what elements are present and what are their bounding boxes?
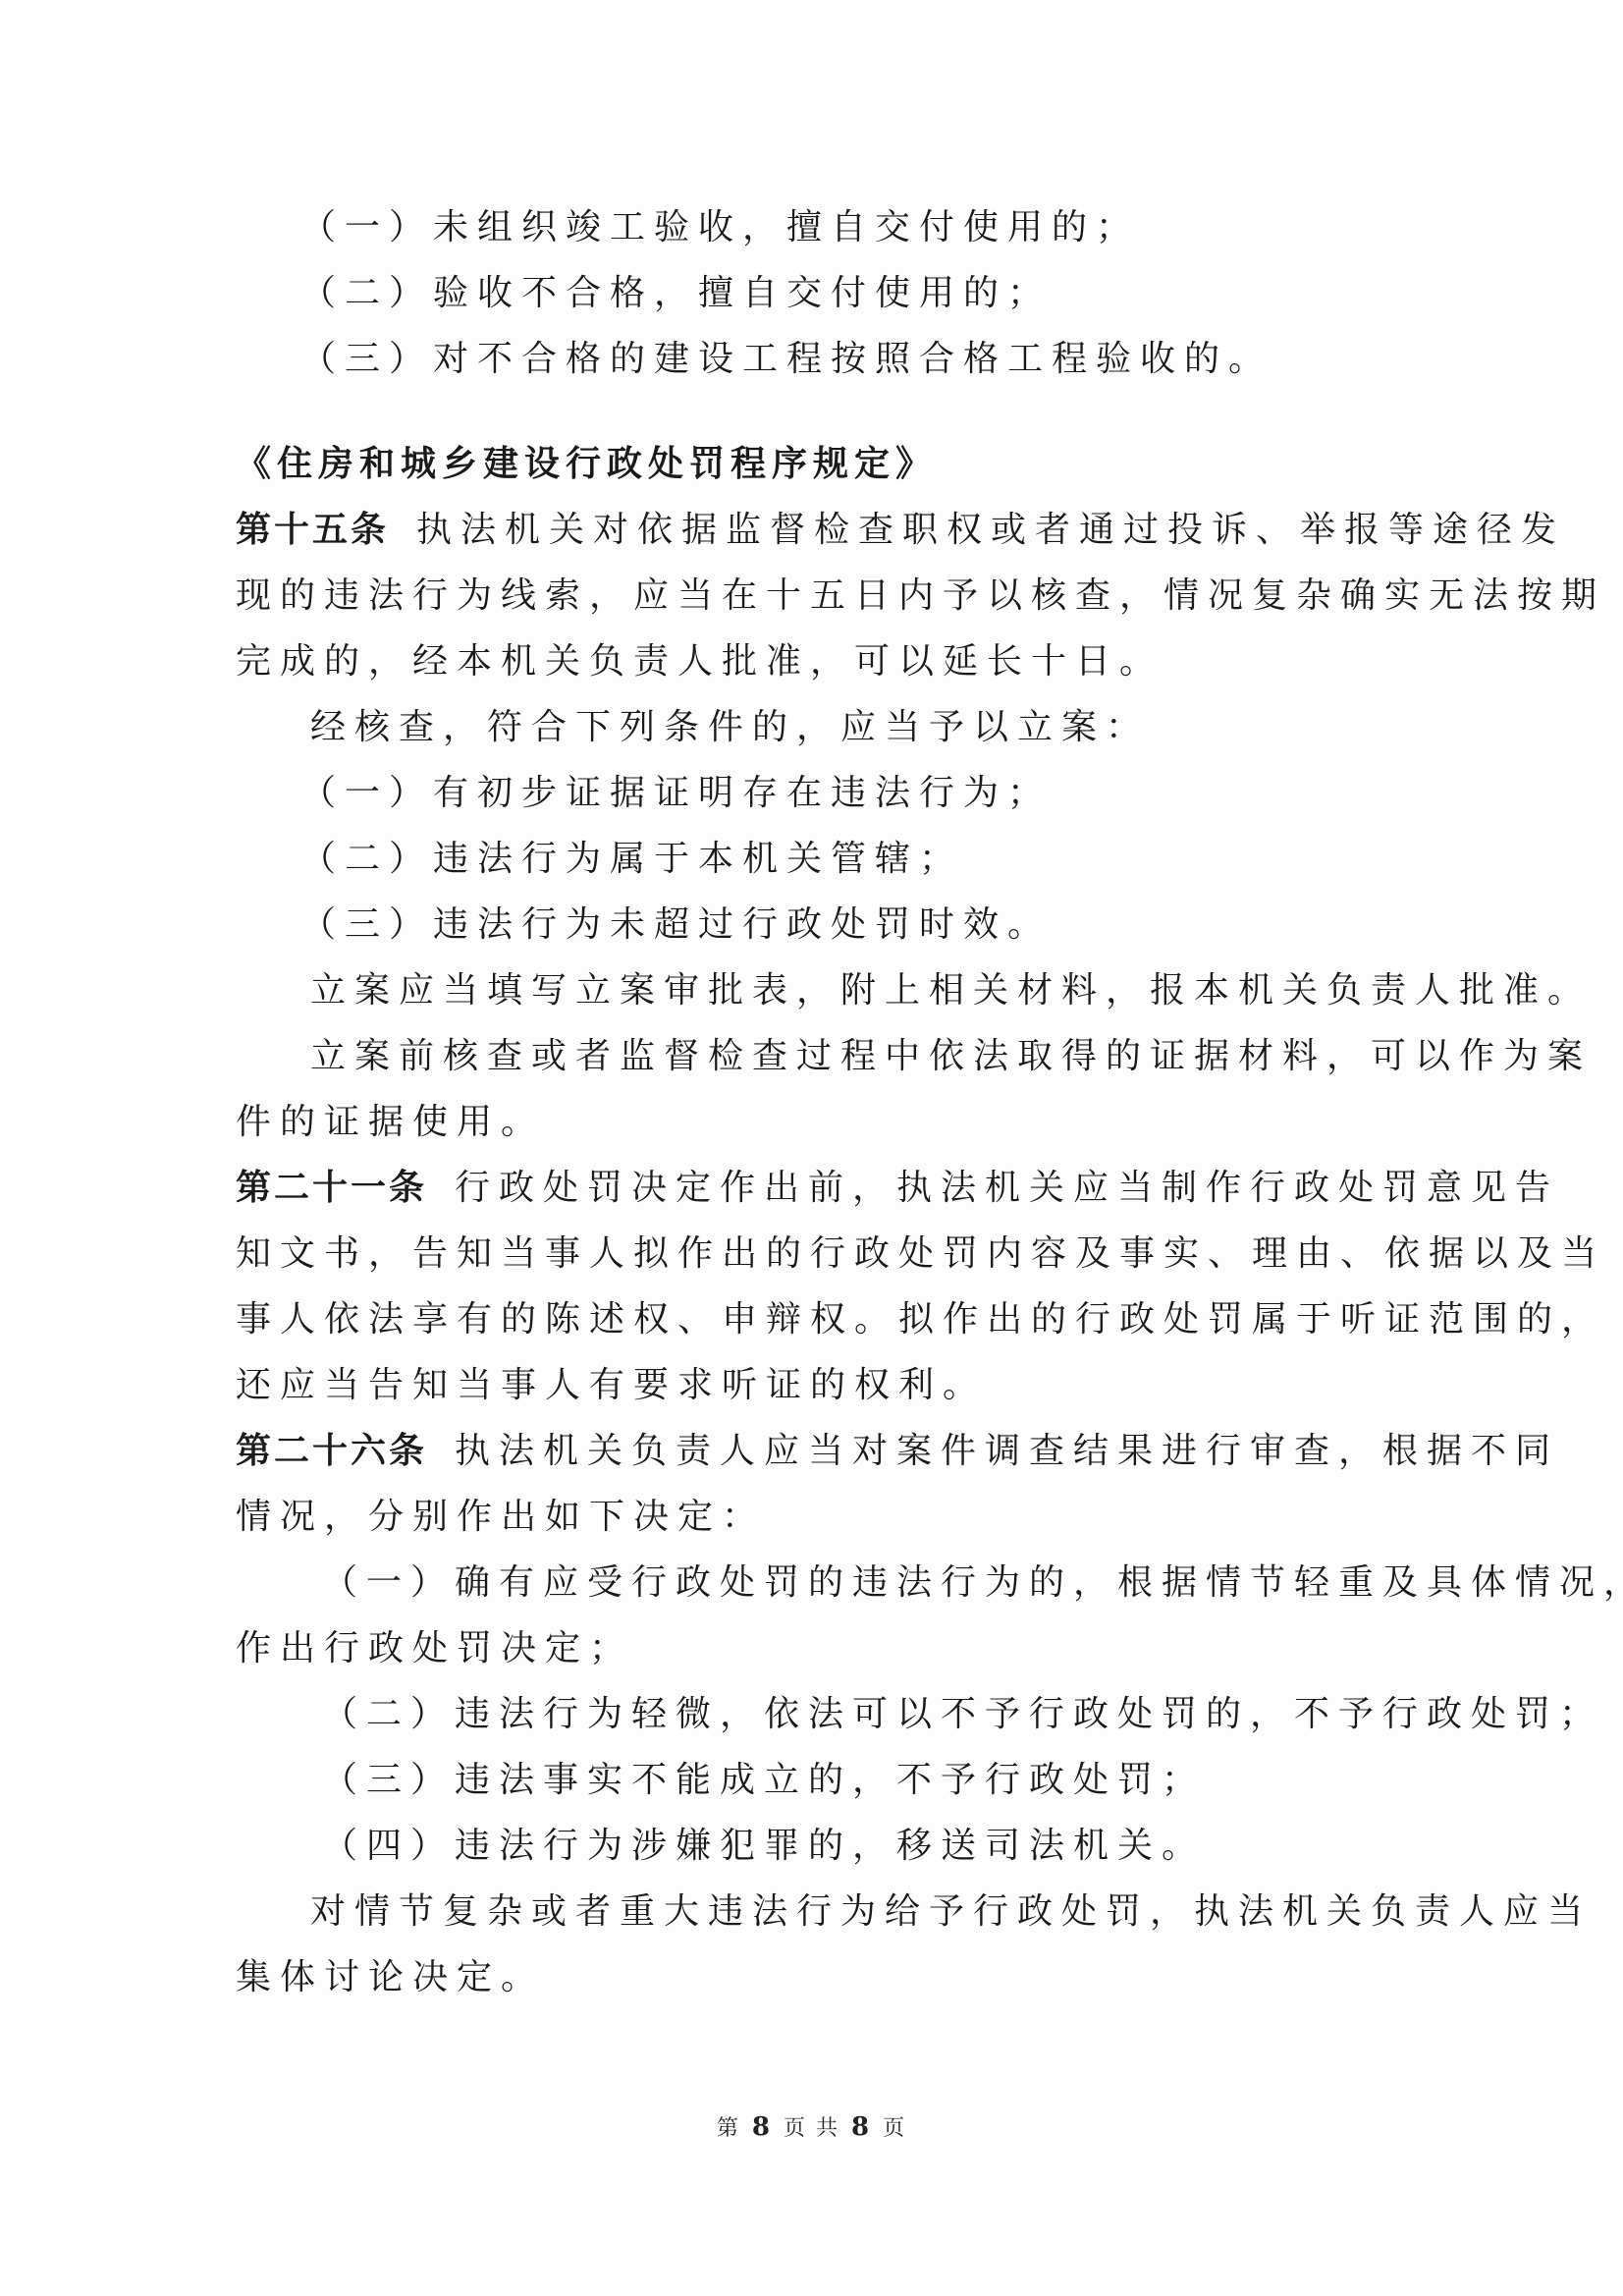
paragraph: 立案前核查或者监督检查过程中依法取得的证据材料，可以作为案	[236, 1023, 1414, 1089]
article-text: 行政处罚决定作出前，执法机关应当制作行政处罚意见告	[455, 1168, 1559, 1208]
paragraph: 集体讨论决定。	[236, 1944, 1414, 2010]
article-heading: 第二十六条	[236, 1431, 427, 1471]
list-item: （一）有初步证据证明存在违法行为；	[236, 760, 1414, 826]
document-body: （一）未组织竣工验收，擅自交付使用的； （二）验收不合格，擅自交付使用的； （三…	[236, 194, 1414, 2010]
article-text: 现的违法行为线索，应当在十五日内予以核查，情况复杂确实无法按期	[236, 563, 1414, 629]
document-page: （一）未组织竣工验收，擅自交付使用的； （二）验收不合格，擅自交付使用的； （三…	[0, 0, 1623, 2296]
article-heading: 第二十一条	[236, 1168, 427, 1208]
article-15-line-1: 第十五条执法机关对依据监督检查职权或者通过投诉、举报等途径发	[236, 497, 1414, 563]
list-item: （三）对不合格的建设工程按照合格工程验收的。	[236, 326, 1414, 392]
article-text: 情况，分别作出如下决定：	[236, 1484, 1414, 1550]
list-item: （三）违法事实不能成立的，不予行政处罚；	[236, 1747, 1414, 1813]
total-pages-number: 8	[851, 2112, 871, 2142]
list-item: （二）违法行为轻微，依法可以不予行政处罚的，不予行政处罚；	[236, 1681, 1414, 1747]
law-title: 《住房和城乡建设行政处罚程序规定》	[236, 431, 1414, 497]
list-item: （一）未组织竣工验收，擅自交付使用的；	[236, 194, 1414, 260]
paragraph: 立案应当填写立案审批表，附上相关材料，报本机关负责人批准。	[236, 957, 1414, 1023]
list-item: （二）验收不合格，擅自交付使用的；	[236, 260, 1414, 326]
footer-middle: 页 共	[784, 2116, 839, 2141]
article-text: 事人依法享有的陈述权、申辩权。拟作出的行政处罚属于听证范围的，	[236, 1286, 1414, 1352]
article-text: 还应当告知当事人有要求听证的权利。	[236, 1352, 1414, 1418]
article-text: 执法机关对依据监督检查职权或者通过投诉、举报等途径发	[416, 510, 1565, 550]
paragraph: 经核查，符合下列条件的，应当予以立案：	[236, 694, 1414, 760]
list-item: （二）违法行为属于本机关管辖；	[236, 826, 1414, 892]
footer-suffix: 页	[883, 2116, 906, 2141]
article-text: 完成的，经本机关负责人批准，可以延长十日。	[236, 629, 1414, 694]
current-page-number: 8	[752, 2112, 772, 2142]
list-item: （一）确有应受行政处罚的违法行为的，根据情节轻重及具体情况，	[236, 1550, 1414, 1615]
list-item: （四）违法行为涉嫌犯罪的，移送司法机关。	[236, 1813, 1414, 1879]
article-heading: 第十五条	[236, 510, 389, 550]
list-item: （三）违法行为未超过行政处罚时效。	[236, 892, 1414, 957]
article-text: 执法机关负责人应当对案件调查结果进行审查，根据不同	[455, 1431, 1559, 1471]
section-gap	[236, 392, 1414, 431]
article-text: 知文书，告知当事人拟作出的行政处罚内容及事实、理由、依据以及当	[236, 1221, 1414, 1286]
article-26-line-1: 第二十六条执法机关负责人应当对案件调查结果进行审查，根据不同	[236, 1418, 1414, 1484]
footer-prefix: 第	[717, 2116, 740, 2141]
page-footer: 第8页 共8页	[0, 2111, 1623, 2142]
paragraph: 件的证据使用。	[236, 1089, 1414, 1155]
article-21-line-1: 第二十一条行政处罚决定作出前，执法机关应当制作行政处罚意见告	[236, 1155, 1414, 1221]
list-item: 作出行政处罚决定；	[236, 1615, 1414, 1681]
paragraph: 对情节复杂或者重大违法行为给予行政处罚，执法机关负责人应当	[236, 1879, 1414, 1944]
